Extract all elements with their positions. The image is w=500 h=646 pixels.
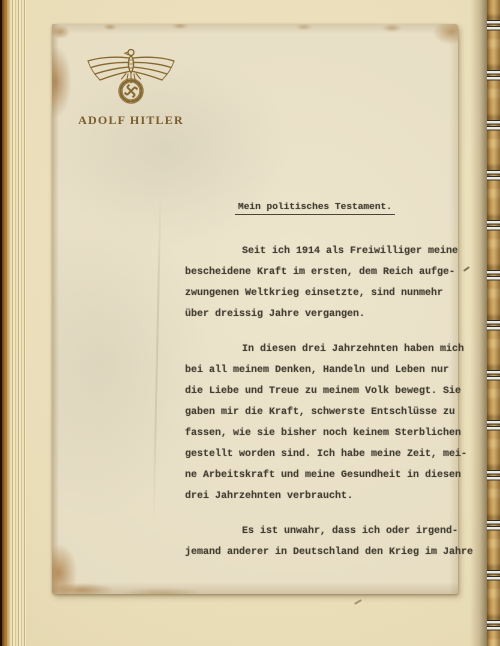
page-gutter-shadow	[470, 0, 487, 646]
binding-ring-icon	[487, 0, 500, 646]
document-line: drei Jahrzehnten verbraucht.	[185, 486, 481, 507]
paragraph: Seit ich 1914 als Freiwilliger meine bes…	[185, 241, 481, 325]
document-line: bei all meinem Denken, Handeln und Leben…	[185, 360, 481, 381]
document-line: die Liebe und Treue zu meinem Volk beweg…	[185, 381, 481, 402]
eagle-wreath-emblem-icon	[85, 46, 177, 110]
document-line: In diesen drei Jahrzehnten haben mich	[185, 339, 481, 360]
document-title: Mein politisches Testament.	[185, 201, 481, 212]
paragraph: Es ist unwahr, dass ich oder irgend- jem…	[185, 521, 481, 563]
document-line: zwungenen Weltkrieg einsetzte, sind nunm…	[185, 283, 481, 304]
album-spine-edge	[0, 0, 26, 646]
letterhead-name: ADOLF HITLER	[78, 113, 184, 128]
paper-crease	[153, 194, 162, 524]
document-line: gaben mir die Kraft, schwerste Entschlüs…	[185, 402, 481, 423]
document-page: ADOLF HITLER Mein politisches Testament.…	[52, 24, 458, 594]
document-line: jemand anderer in Deutschland den Krieg …	[185, 542, 481, 563]
typed-text: Mein politisches Testament. Seit ich 191…	[185, 196, 481, 577]
letterhead: ADOLF HITLER	[78, 46, 184, 128]
album-scratch	[354, 599, 362, 605]
document-line: gestellt worden sind. Ich habe meine Zei…	[185, 444, 481, 465]
paragraph: In diesen drei Jahrzehnten haben mich be…	[185, 339, 481, 507]
document-line: fassen, wie sie bisher noch keinem Sterb…	[185, 423, 481, 444]
document-line: bescheidene Kraft im ersten, dem Reich a…	[185, 262, 481, 283]
document-line: ne Arbeitskraft und meine Gesundheit in …	[185, 465, 481, 486]
document-line: über dreissig Jahre vergangen.	[185, 304, 481, 325]
album-photo: ADOLF HITLER Mein politisches Testament.…	[0, 0, 500, 646]
document-line: Seit ich 1914 als Freiwilliger meine	[185, 241, 481, 262]
document-line: Es ist unwahr, dass ich oder irgend-	[185, 521, 481, 542]
